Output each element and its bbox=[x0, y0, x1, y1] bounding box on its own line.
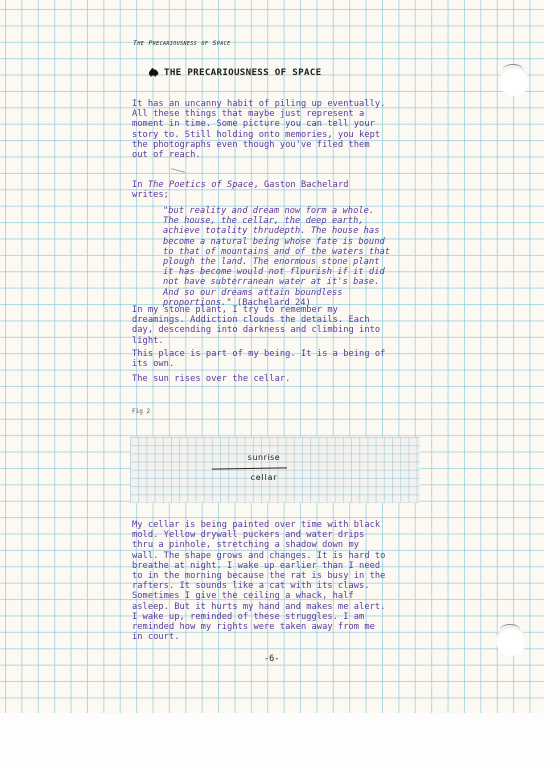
paragraph-3: This place is part of my being. It is a … bbox=[132, 349, 432, 369]
page-number: -6- bbox=[264, 654, 279, 664]
figure-numerator: sunrise bbox=[234, 453, 294, 462]
page-title-text: THE PRECARIOUSNESS OF SPACE bbox=[164, 67, 321, 78]
hole-punch-top bbox=[499, 66, 529, 96]
paragraph-5: My cellar is being painted over time wit… bbox=[132, 520, 432, 642]
graph-paper-page: The Precariousness of Space THE PRECARIO… bbox=[0, 0, 544, 713]
figure-label: Fig 2 bbox=[132, 408, 150, 415]
block-quote: "but reality and dream now form a whole.… bbox=[163, 206, 463, 308]
pencil-mark bbox=[171, 168, 185, 173]
figure-denominator: cellar bbox=[234, 473, 294, 482]
running-head: The Precariousness of Space bbox=[133, 39, 231, 47]
page-title: THE PRECARIOUSNESS OF SPACE bbox=[148, 67, 321, 78]
paragraph-1: It has an uncanny habit of piling up eve… bbox=[132, 99, 432, 160]
paragraph-2: In my stone plant, I try to remember my … bbox=[132, 305, 432, 346]
figure-fraction-line bbox=[212, 467, 287, 469]
book-title: The Poetics of Space bbox=[148, 180, 254, 190]
rat-silhouette-icon bbox=[148, 68, 159, 77]
quote-intro: In The Poetics of Space, Gaston Bachelar… bbox=[132, 180, 432, 200]
hole-punch-bottom bbox=[496, 626, 526, 656]
quote-text: "but reality and dream now form a whole.… bbox=[163, 206, 390, 308]
paragraph-4: The sun rises over the cellar. bbox=[132, 374, 432, 384]
quote-intro-prefix: In bbox=[132, 180, 148, 190]
figure-sunrise-over-cellar: sunrise cellar bbox=[130, 437, 420, 503]
